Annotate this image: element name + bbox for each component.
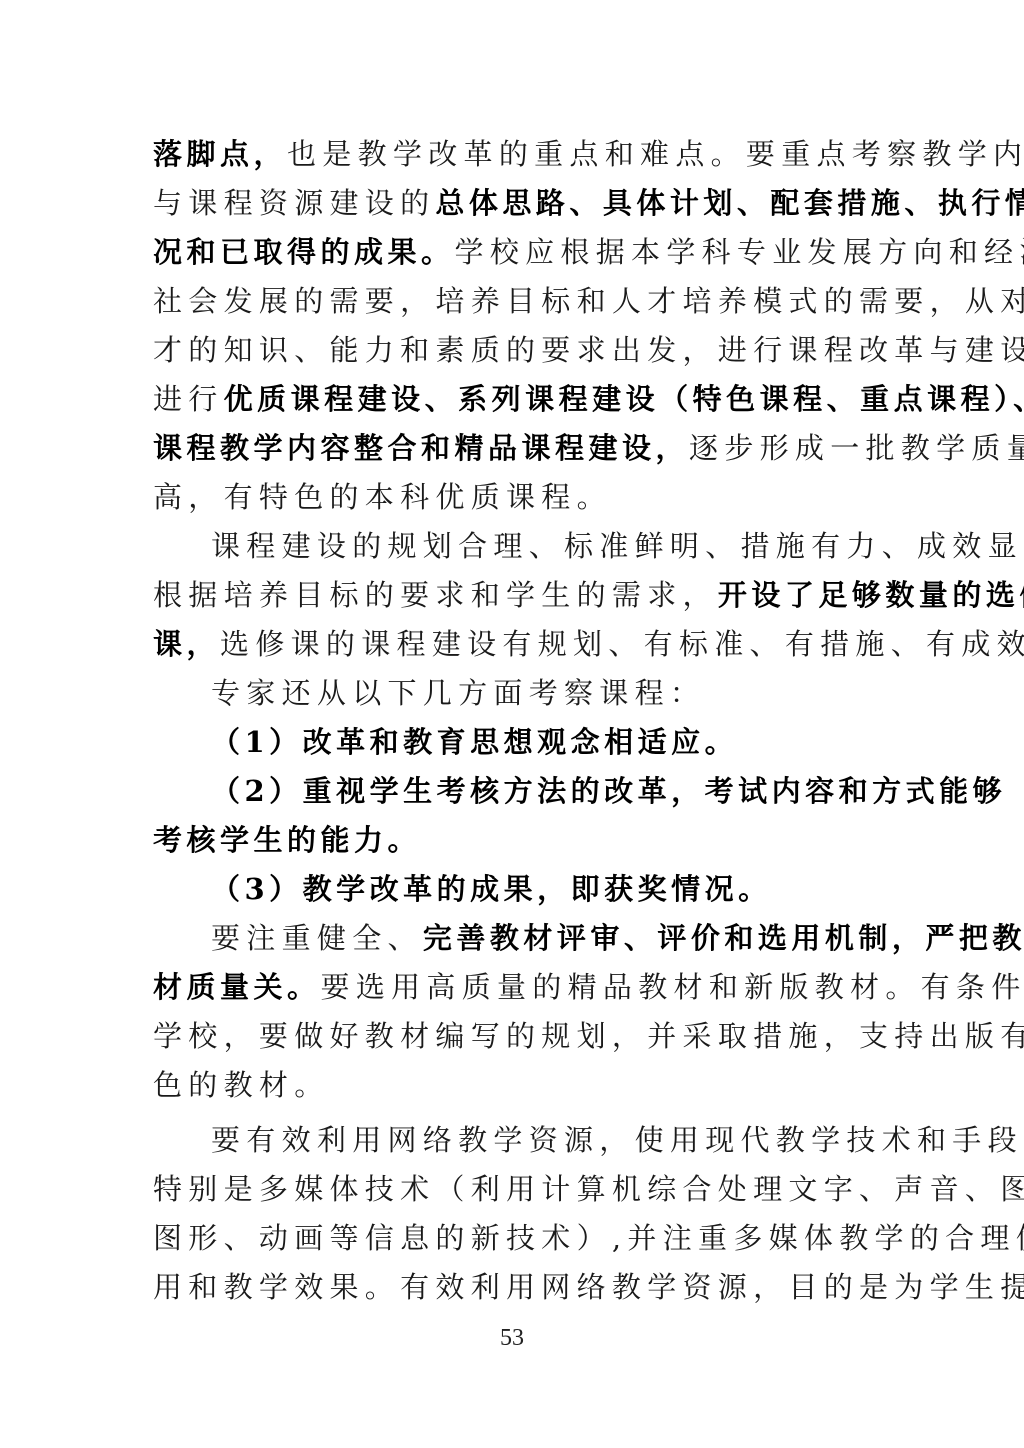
bold-text: 课， bbox=[153, 627, 220, 661]
bold-text: （3）教学改革的成果，即获奖情况。 bbox=[211, 872, 772, 906]
text: 专家还从以下几方面考察课程： bbox=[211, 676, 705, 710]
paragraph-start-line: 课程建设的规划合理、标准鲜明、措施有力、成效显著。 bbox=[153, 522, 873, 571]
text: 要注重健全、 bbox=[211, 921, 423, 955]
bold-text: （1）改革和教育思想观念相适应。 bbox=[211, 725, 738, 759]
text-line: 才的知识、能力和素质的要求出发，进行课程改革与建设， bbox=[153, 326, 873, 375]
text-line: 高，有特色的本科优质课程。 bbox=[153, 473, 873, 522]
text-line: 学校，要做好教材编写的规划，并采取措施，支持出版有特 bbox=[153, 1012, 873, 1061]
text-line: 特别是多媒体技术（利用计算机综合处理文字、声音、图像、 bbox=[153, 1165, 873, 1214]
text-line: 况和已取得的成果。学校应根据本学科专业发展方向和经济 bbox=[153, 228, 873, 277]
list-item-1: （1）改革和教育思想观念相适应。 bbox=[153, 718, 873, 767]
text: 根据培养目标的要求和学生的需求， bbox=[153, 578, 718, 612]
paragraph-start-line: 专家还从以下几方面考察课程： bbox=[153, 669, 873, 718]
text-line: 进行优质课程建设、系列课程建设（特色课程、重点课程）、 bbox=[153, 375, 873, 424]
text: 要选用高质量的精品教材和新版教材。有条件的 bbox=[321, 970, 1024, 1004]
text: 进行 bbox=[153, 382, 224, 416]
text: 也是教学改革的重点和难点。要重点考察教学内容 bbox=[287, 137, 1024, 171]
bold-text: 总体思路、具体计划、配套措施、执行情 bbox=[435, 186, 1024, 220]
bold-text: 完善教材评审、评价和选用机制，严把教 bbox=[423, 921, 1024, 955]
list-item-2: （2）重视学生考核方法的改革，考试内容和方式能够 bbox=[153, 767, 873, 816]
text-line: 材质量关。要选用高质量的精品教材和新版教材。有条件的 bbox=[153, 963, 873, 1012]
text: 高，有特色的本科优质课程。 bbox=[153, 480, 612, 514]
text: 要有效利用网络教学资源，使用现代教学技术和手段， bbox=[211, 1123, 1024, 1157]
bold-text: 开设了足够数量的选修 bbox=[718, 578, 1024, 612]
text: 逐步形成一批教学质量 bbox=[689, 431, 1024, 465]
text-line: 用和教学效果。有效利用网络教学资源，目的是为学生提供 bbox=[153, 1263, 873, 1312]
text-line: 落脚点，也是教学改革的重点和难点。要重点考察教学内容 bbox=[153, 130, 873, 179]
text: 学校，要做好教材编写的规划，并采取措施，支持出版有特 bbox=[153, 1019, 1024, 1053]
bold-text: 材质量关。 bbox=[153, 970, 321, 1004]
text: 选修课的课程建设有规划、有标准、有措施、有成效。 bbox=[220, 627, 1024, 661]
text-line: 课程教学内容整合和精品课程建设，逐步形成一批教学质量 bbox=[153, 424, 873, 473]
bold-text: 落脚点， bbox=[153, 137, 287, 171]
text-line: 图形、动画等信息的新技术）,并注重多媒体教学的合理使 bbox=[153, 1214, 873, 1263]
page-number: 53 bbox=[0, 1325, 1024, 1352]
text-line: 课，选修课的课程建设有规划、有标准、有措施、有成效。 bbox=[153, 620, 873, 669]
text: 图形、动画等信息的新技术）,并注重多媒体教学的合理使 bbox=[153, 1221, 1024, 1255]
text: 色的教材。 bbox=[153, 1068, 330, 1102]
text: 才的知识、能力和素质的要求出发，进行课程改革与建设， bbox=[153, 333, 1024, 367]
bold-text: 况和已取得的成果。 bbox=[153, 235, 455, 269]
text: 学校应根据本学科专业发展方向和经济 bbox=[455, 235, 1024, 269]
paragraph-start-line: 要有效利用网络教学资源，使用现代教学技术和手段， bbox=[153, 1116, 873, 1165]
text-line: 社会发展的需要，培养目标和人才培养模式的需要，从对人 bbox=[153, 277, 873, 326]
bold-text: 考核学生的能力。 bbox=[153, 823, 421, 857]
text-line: 与课程资源建设的总体思路、具体计划、配套措施、执行情 bbox=[153, 179, 873, 228]
bold-text: 优质课程建设、系列课程建设（特色课程、重点课程）、 bbox=[224, 382, 1024, 416]
list-item-3: （3）教学改革的成果，即获奖情况。 bbox=[153, 865, 873, 914]
document-body: 落脚点，也是教学改革的重点和难点。要重点考察教学内容 与课程资源建设的总体思路、… bbox=[153, 130, 873, 1312]
text: 与课程资源建设的 bbox=[153, 186, 435, 220]
bold-text: （2）重视学生考核方法的改革，考试内容和方式能够 bbox=[211, 774, 1006, 808]
paragraph-start-line: 要注重健全、完善教材评审、评价和选用机制，严把教 bbox=[153, 914, 873, 963]
text-line: 色的教材。 bbox=[153, 1061, 873, 1110]
list-item-2-continuation: 考核学生的能力。 bbox=[153, 816, 873, 865]
text: 社会发展的需要，培养目标和人才培养模式的需要，从对人 bbox=[153, 284, 1024, 318]
bold-text: 课程教学内容整合和精品课程建设， bbox=[153, 431, 689, 465]
text: 课程建设的规划合理、标准鲜明、措施有力、成效显著。 bbox=[211, 529, 1024, 563]
text: 用和教学效果。有效利用网络教学资源，目的是为学生提供 bbox=[153, 1270, 1024, 1304]
text: 特别是多媒体技术（利用计算机综合处理文字、声音、图像、 bbox=[153, 1172, 1024, 1206]
text-line: 根据培养目标的要求和学生的需求，开设了足够数量的选修 bbox=[153, 571, 873, 620]
